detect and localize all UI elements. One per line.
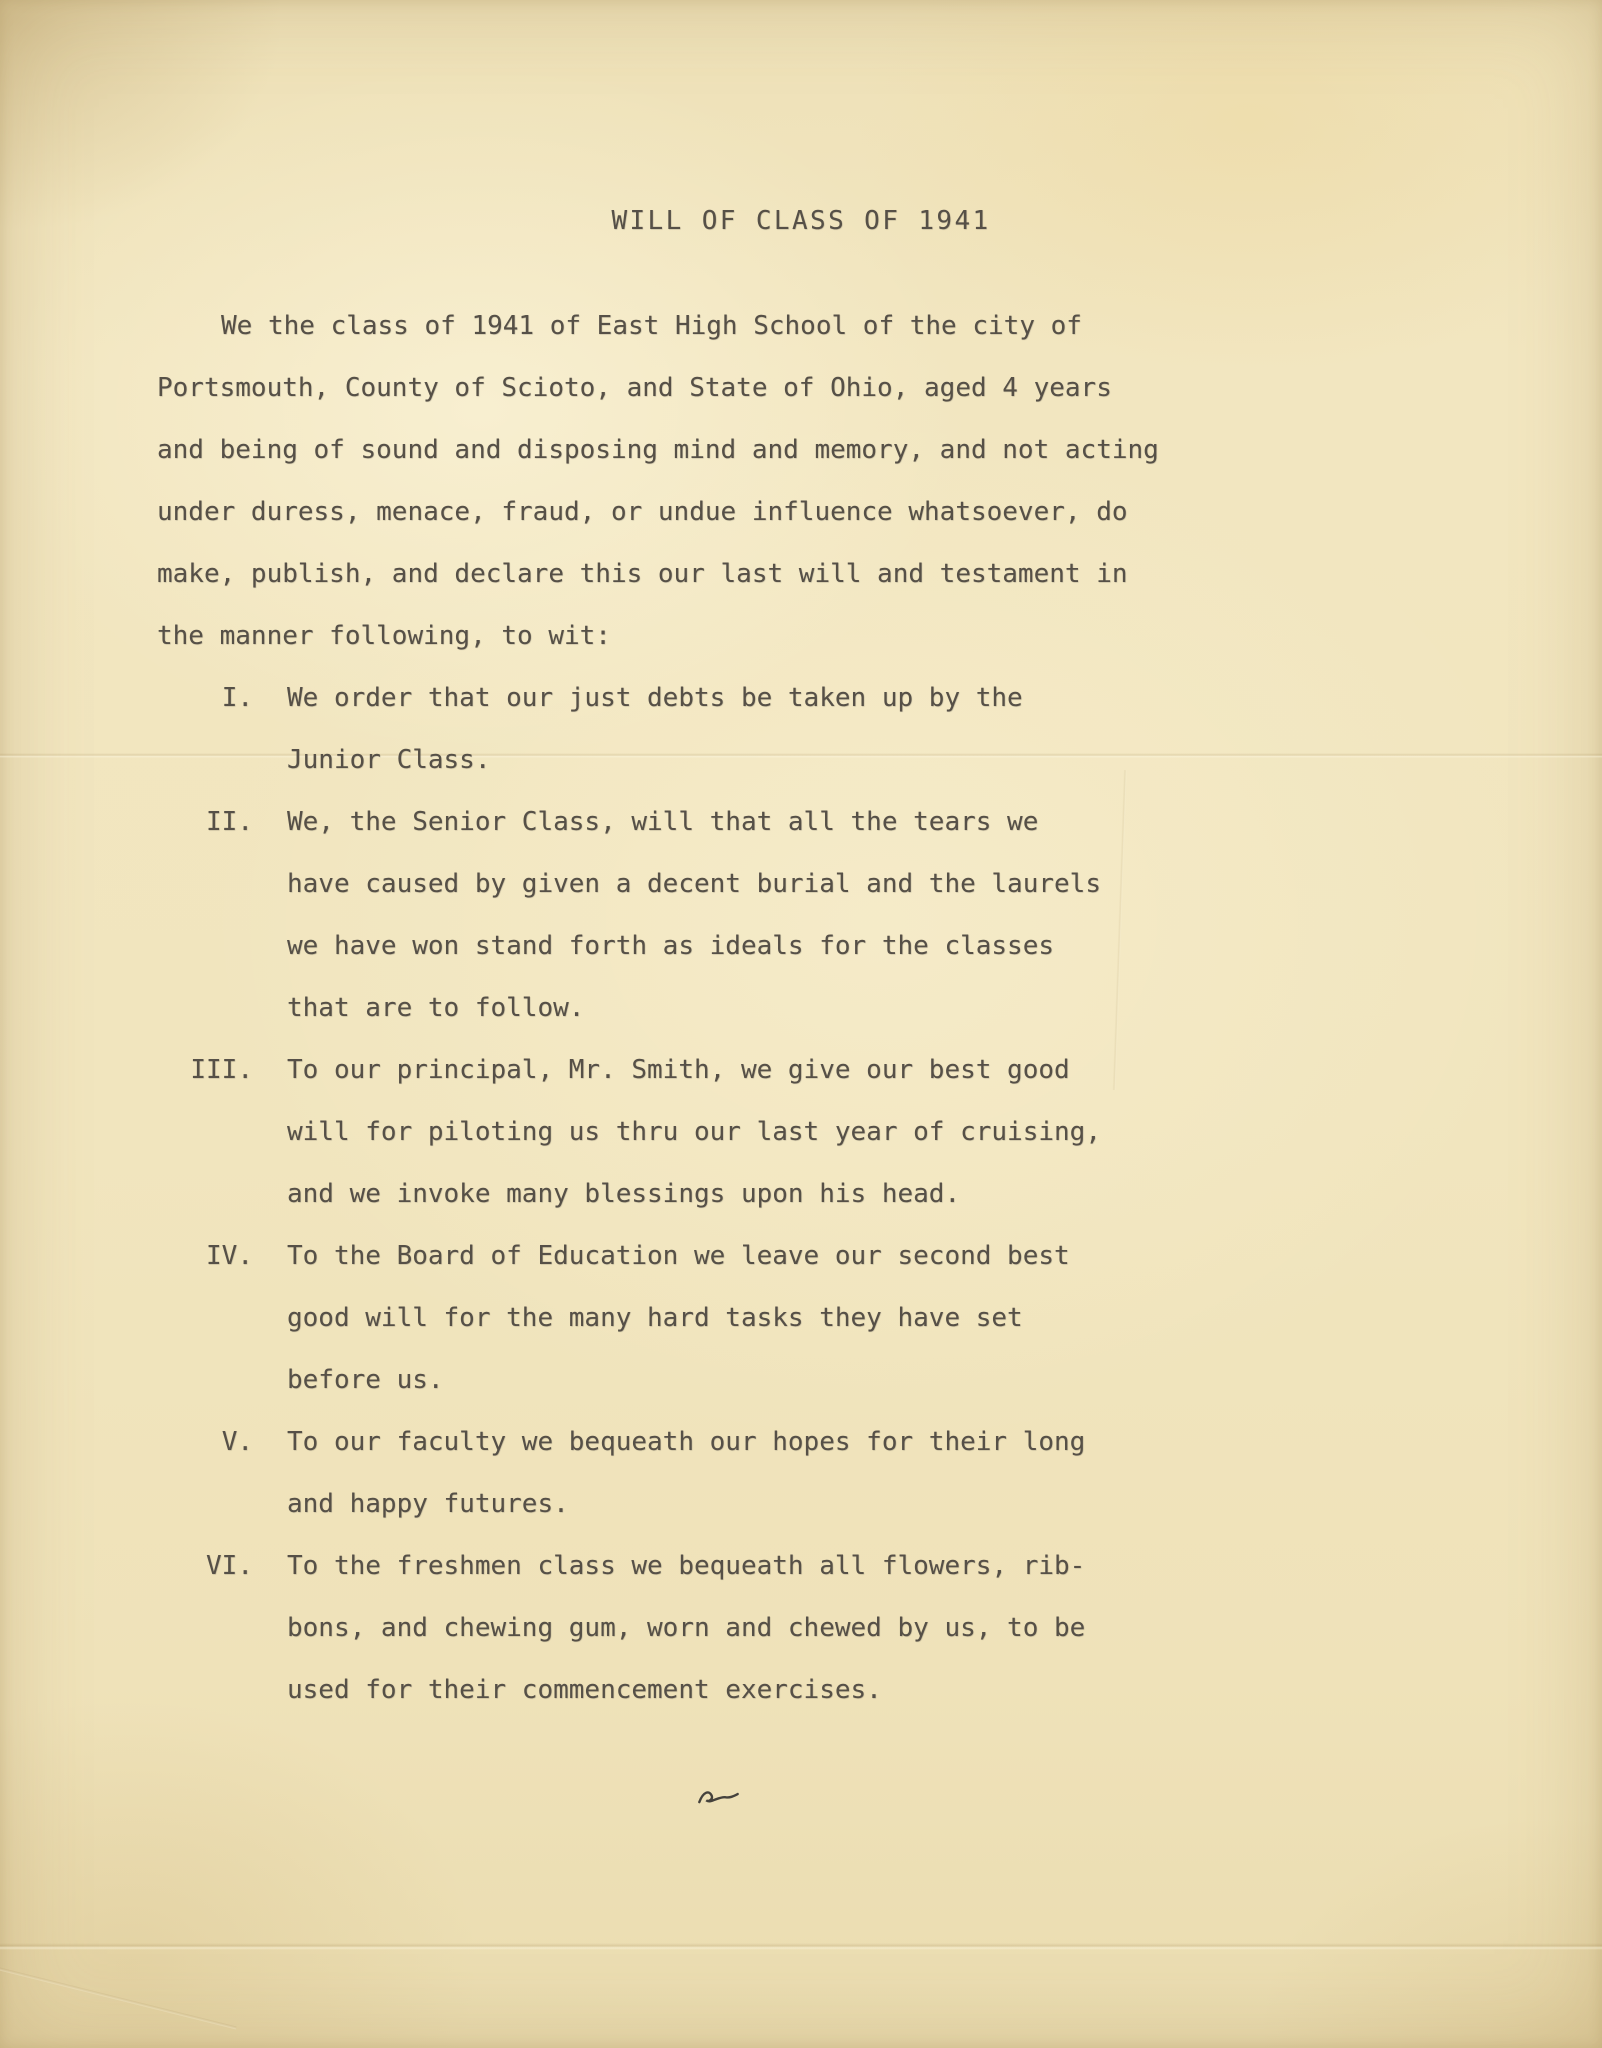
document-text-body: We the class of 1941 of East High School… [157, 295, 1237, 1721]
paragraph-line: and being of sound and disposing mind an… [157, 419, 1237, 481]
bequest-item-numeral: IV. [157, 1225, 253, 1411]
fold-crease [0, 1964, 237, 2030]
bequest-item-lines: We, the Senior Class, will that all the … [287, 791, 1237, 1039]
bequest-item-line: that are to follow. [287, 977, 1237, 1039]
bequest-item-line: We order that our just debts be taken up… [287, 667, 1237, 729]
bequest-item-line: will for piloting us thru our last year … [287, 1101, 1237, 1163]
bequest-item-line: before us. [287, 1349, 1237, 1411]
bequest-item-line: good will for the many hard tasks they h… [287, 1287, 1237, 1349]
scanned-document-page: WILL OF CLASS OF 1941 We the class of 19… [0, 0, 1602, 2048]
bequest-item-line: To our principal, Mr. Smith, we give our… [287, 1039, 1237, 1101]
bequest-item: VI.To the freshmen class we bequeath all… [157, 1535, 1237, 1721]
bequest-item-line: used for their commencement exercises. [287, 1659, 1237, 1721]
bequest-item-numeral: V. [157, 1411, 253, 1535]
paragraph-line: make, publish, and declare this our last… [157, 543, 1237, 605]
bequest-item-line: bons, and chewing gum, worn and chewed b… [287, 1597, 1237, 1659]
bequest-item-lines: To the freshmen class we bequeath all fl… [287, 1535, 1237, 1721]
bequest-item-numeral: I. [157, 667, 253, 791]
bequest-item-line: and happy futures. [287, 1473, 1237, 1535]
bequest-item: IV.To the Board of Education we leave ou… [157, 1225, 1237, 1411]
bequest-item-numeral: VI. [157, 1535, 253, 1721]
bequest-item-line: To the Board of Education we leave our s… [287, 1225, 1237, 1287]
opening-paragraph: We the class of 1941 of East High School… [157, 295, 1237, 667]
bequest-item: I.We order that our just debts be taken … [157, 667, 1237, 791]
bequest-item: V.To our faculty we bequeath our hopes f… [157, 1411, 1237, 1535]
bequest-item-lines: To our principal, Mr. Smith, we give our… [287, 1039, 1237, 1225]
bequest-item-line: We, the Senior Class, will that all the … [287, 791, 1237, 853]
document-title: WILL OF CLASS OF 1941 [0, 206, 1602, 236]
bequest-item: II.We, the Senior Class, will that all t… [157, 791, 1237, 1039]
bequest-item-line: Junior Class. [287, 729, 1237, 791]
fold-crease [0, 1943, 1602, 1950]
bequest-item-line: we have won stand forth as ideals for th… [287, 915, 1237, 977]
paragraph-line: under duress, menace, fraud, or undue in… [157, 481, 1237, 543]
paragraph-line: We the class of 1941 of East High School… [157, 295, 1237, 357]
bequest-item-line: have caused by given a decent burial and… [287, 853, 1237, 915]
bequest-item-lines: We order that our just debts be taken up… [287, 667, 1237, 791]
bequest-item-line: To the freshmen class we bequeath all fl… [287, 1535, 1237, 1597]
bequest-item: III.To our principal, Mr. Smith, we give… [157, 1039, 1237, 1225]
bequest-item-line: To our faculty we bequeath our hopes for… [287, 1411, 1237, 1473]
bequest-item-numeral: II. [157, 791, 253, 1039]
paragraph-line: Portsmouth, County of Scioto, and State … [157, 357, 1237, 419]
bequest-item-lines: To our faculty we bequeath our hopes for… [287, 1411, 1237, 1535]
paragraph-line: the manner following, to wit: [157, 605, 1237, 667]
bequest-item-line: and we invoke many blessings upon his he… [287, 1163, 1237, 1225]
bequest-item-lines: To the Board of Education we leave our s… [287, 1225, 1237, 1411]
bequest-item-numeral: III. [157, 1039, 253, 1225]
pen-squiggle-mark [696, 1784, 742, 1812]
bequest-list: I.We order that our just debts be taken … [157, 667, 1237, 1721]
